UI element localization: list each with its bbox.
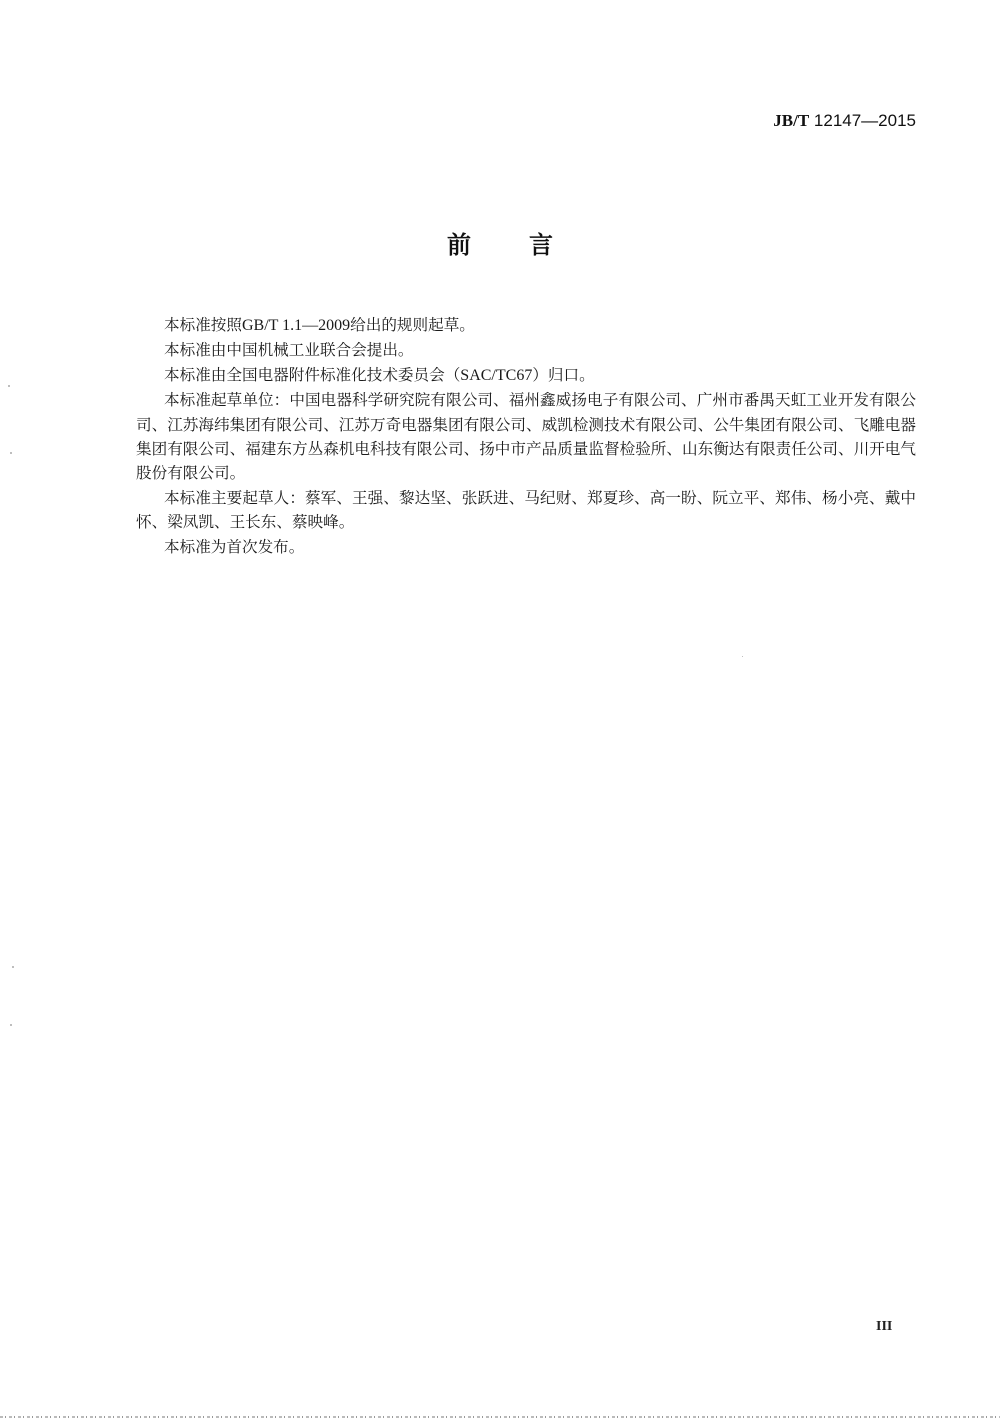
paragraph-committee: 本标准由全国电器附件标准化技术委员会（SAC/TC67）归口。 <box>136 363 916 388</box>
paragraph-proposer: 本标准由中国机械工业联合会提出。 <box>136 338 916 362</box>
paragraph-first-release: 本标准为首次发布。 <box>136 535 916 559</box>
page-number: III <box>876 1319 892 1335</box>
page-title: 前言 <box>0 225 1000 260</box>
title-char-1: 前 <box>447 225 471 260</box>
scan-edge-line <box>0 1416 1000 1418</box>
text-segment: 给出的规则起草。 <box>350 316 475 334</box>
text-segment: ）归口。 <box>532 366 594 384</box>
scan-speck <box>10 1024 12 1026</box>
committee-code: SAC/TC67 <box>460 367 532 384</box>
foreword-body: 本标准按照GB/T 1.1—2009给出的规则起草。 本标准由中国机械工业联合会… <box>136 313 916 559</box>
text-segment: 本标准按照 <box>164 316 242 334</box>
standard-code: JB/T 12147—2015 <box>773 111 916 131</box>
scan-speck <box>10 452 12 454</box>
scan-speck <box>742 656 743 657</box>
paragraph-drafting-rules: 本标准按照GB/T 1.1—2009给出的规则起草。 <box>136 313 916 338</box>
paragraph-drafting-units: 本标准起草单位：中国电器科学研究院有限公司、福州鑫威扬电子有限公司、广州市番禺天… <box>136 388 916 486</box>
standard-number: 12147—2015 <box>814 111 916 130</box>
scan-speck <box>12 966 14 968</box>
title-char-2: 言 <box>529 225 553 260</box>
standard-prefix: JB/T <box>773 111 809 130</box>
reference-standard: GB/T 1.1—2009 <box>242 317 350 334</box>
text-segment: 本标准由全国电器附件标准化技术委员会（ <box>164 366 460 384</box>
paragraph-drafters: 本标准主要起草人：蔡军、王强、黎达坚、张跃进、马纪财、郑夏珍、高一盼、阮立平、郑… <box>136 486 916 535</box>
scan-speck <box>8 385 10 387</box>
